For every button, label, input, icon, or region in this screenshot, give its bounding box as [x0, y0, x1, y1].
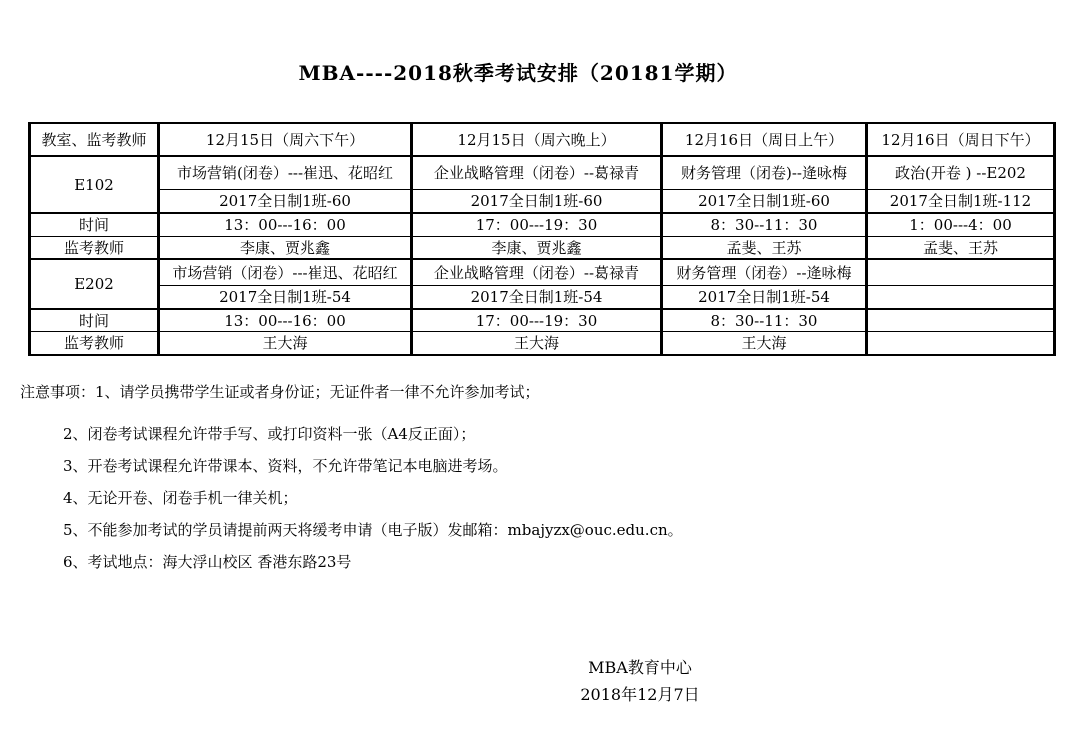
e202-class-cell: 2017全日制1班-54	[412, 286, 662, 309]
e202-course-cell: 财务管理（闭卷）--逄咏梅	[662, 259, 867, 286]
e202-class-cell: 2017全日制1班-54	[662, 286, 867, 309]
invigilator-row-label: 监考教师	[30, 236, 159, 259]
e202-course-cell-empty	[867, 259, 1055, 286]
e102-course-cell: 企业战略管理（闭卷）--葛禄青	[412, 156, 662, 189]
note-item-1: 注意事项：1、请学员携带学生证或者身份证；无证件者一律不允许参加考试；	[20, 384, 683, 401]
note-item-2: 2、闭卷考试课程允许带手写、或打印资料一张（A4反正面）；	[63, 426, 683, 443]
room-label-e102: E102	[30, 156, 159, 213]
e202-time-cell: 17：00---19：30	[412, 309, 662, 332]
signature-block: MBA教育中心 2018年12月7日	[200, 654, 1079, 708]
table-header-row: 教室、监考教师 12月15日（周六下午） 12月15日（周六晚上） 12月16日…	[30, 123, 1055, 156]
e102-invigilator-cell: 孟斐、王苏	[867, 236, 1055, 259]
e102-time-cell: 17：00---19：30	[412, 213, 662, 236]
e102-time-cell: 8：30--11：30	[662, 213, 867, 236]
e202-invigilator-cell-empty	[867, 332, 1055, 355]
header-dec16-sun-afternoon: 12月16日（周日下午）	[867, 123, 1055, 156]
e102-invigilator-row: 监考教师 李康、贾兆鑫 李康、贾兆鑫 孟斐、王苏 孟斐、王苏	[30, 236, 1055, 259]
time-row-label: 时间	[30, 213, 159, 236]
e202-time-cell: 8：30--11：30	[662, 309, 867, 332]
exam-schedule-table: 教室、监考教师 12月15日（周六下午） 12月15日（周六晚上） 12月16日…	[28, 122, 1056, 356]
e202-class-cell: 2017全日制1班-54	[159, 286, 412, 309]
e202-course-row: E202 市场营销（闭卷）---崔迅、花昭红 企业战略管理（闭卷）--葛禄青 财…	[30, 259, 1055, 286]
e202-invigilator-cell: 王大海	[159, 332, 412, 355]
e202-invigilator-cell: 王大海	[412, 332, 662, 355]
notes-section: 注意事项：1、请学员携带学生证或者身份证；无证件者一律不允许参加考试； 2、闭卷…	[20, 384, 683, 586]
e102-time-row: 时间 13：00---16：00 17：00---19：30 8：30--11：…	[30, 213, 1055, 236]
header-room-invigilator: 教室、监考教师	[30, 123, 159, 156]
note-item-4: 4、无论开卷、闭卷手机一律关机；	[63, 490, 683, 507]
e102-time-cell: 13：00---16：00	[159, 213, 412, 236]
invigilator-row-label: 监考教师	[30, 332, 159, 355]
e202-time-cell-empty	[867, 309, 1055, 332]
signature-org: MBA教育中心	[200, 654, 1079, 681]
e202-class-row: 2017全日制1班-54 2017全日制1班-54 2017全日制1班-54	[30, 286, 1055, 309]
e202-class-cell-empty	[867, 286, 1055, 309]
e202-invigilator-row: 监考教师 王大海 王大海 王大海	[30, 332, 1055, 355]
note-item-6: 6、考试地点：海大浮山校区 香港东路23号	[63, 554, 683, 571]
note-item-3: 3、开卷考试课程允许带课本、资料，不允许带笔记本电脑进考场。	[63, 458, 683, 475]
header-dec15-sat-evening: 12月15日（周六晚上）	[412, 123, 662, 156]
e102-class-cell: 2017全日制1班-112	[867, 189, 1055, 213]
e202-course-cell: 企业战略管理（闭卷）--葛禄青	[412, 259, 662, 286]
e102-invigilator-cell: 李康、贾兆鑫	[412, 236, 662, 259]
time-row-label: 时间	[30, 309, 159, 332]
header-dec16-sun-morning: 12月16日（周日上午）	[662, 123, 867, 156]
e102-course-row: E102 市场营销(闭卷）---崔迅、花昭红 企业战略管理（闭卷）--葛禄青 财…	[30, 156, 1055, 189]
e202-time-row: 时间 13：00---16：00 17：00---19：30 8：30--11：…	[30, 309, 1055, 332]
e202-invigilator-cell: 王大海	[662, 332, 867, 355]
e102-time-cell: 1：00---4：00	[867, 213, 1055, 236]
signature-date: 2018年12月7日	[200, 681, 1079, 708]
e102-class-cell: 2017全日制1班-60	[662, 189, 867, 213]
e102-invigilator-cell: 孟斐、王苏	[662, 236, 867, 259]
e102-invigilator-cell: 李康、贾兆鑫	[159, 236, 412, 259]
e102-course-cell: 政治(开卷 ) --E202	[867, 156, 1055, 189]
document-page: { "title": "MBA----2018秋季考试安排（20181学期）",…	[0, 0, 1079, 742]
note-item-5: 5、不能参加考试的学员请提前两天将缓考申请（电子版）发邮箱：mbajyzx@ou…	[63, 522, 683, 539]
e102-course-cell: 财务管理（闭卷)--逄咏梅	[662, 156, 867, 189]
e102-class-cell: 2017全日制1班-60	[412, 189, 662, 213]
header-dec15-sat-afternoon: 12月15日（周六下午）	[159, 123, 412, 156]
page-title: MBA----2018秋季考试安排（20181学期）	[0, 57, 1036, 86]
e102-course-cell: 市场营销(闭卷）---崔迅、花昭红	[159, 156, 412, 189]
e102-class-cell: 2017全日制1班-60	[159, 189, 412, 213]
e202-time-cell: 13：00---16：00	[159, 309, 412, 332]
e102-class-row: 2017全日制1班-60 2017全日制1班-60 2017全日制1班-60 2…	[30, 189, 1055, 213]
room-label-e202: E202	[30, 259, 159, 309]
e202-course-cell: 市场营销（闭卷）---崔迅、花昭红	[159, 259, 412, 286]
